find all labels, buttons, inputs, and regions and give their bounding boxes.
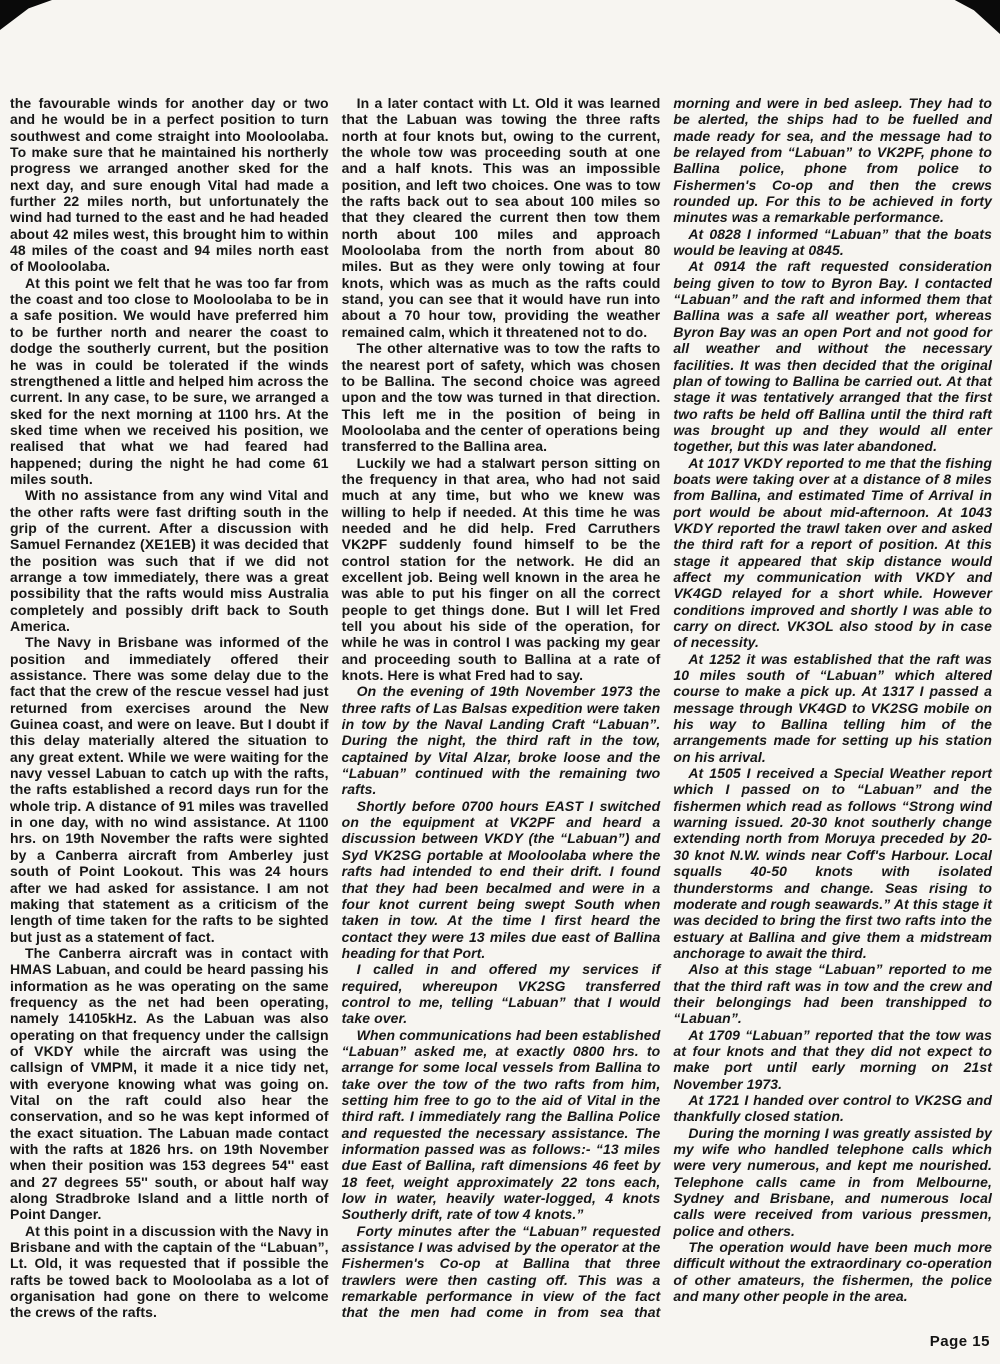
paragraph: Luckily we had a stalwart person sitting…: [342, 455, 661, 684]
paragraph: During the morning I was greatly assiste…: [673, 1125, 992, 1239]
paragraph: At 1505 I received a Special Weather rep…: [673, 765, 992, 961]
column-2: In a later contact with Lt. Old it was l…: [342, 95, 661, 1321]
scan-artifact-top-right: [942, 0, 1000, 34]
paragraph: At 1721 I handed over control to VK2SG a…: [673, 1092, 992, 1125]
paragraph: At 1709 “Labuan” reported that the tow w…: [673, 1027, 992, 1092]
scanned-magazine-page: the favourable winds for another day or …: [0, 0, 1000, 1364]
paragraph: In a later contact with Lt. Old it was l…: [342, 95, 661, 340]
paragraph: Also at this stage “Labuan” reported to …: [673, 961, 992, 1026]
paragraph: At this point in a discussion with the N…: [10, 1223, 329, 1321]
paragraph: The operation would have been much more …: [673, 1239, 992, 1304]
paragraph: At this point we felt that he was too fa…: [10, 275, 329, 487]
paragraph: With no assistance from any wind Vital a…: [10, 487, 329, 634]
paragraph: When communications had been established…: [342, 1027, 661, 1223]
columns: the favourable winds for another day or …: [10, 95, 992, 1321]
column-1: the favourable winds for another day or …: [10, 95, 329, 1321]
paragraph: Shortly before 0700 hours EAST I switche…: [342, 798, 661, 961]
paragraph: At 0828 I informed “Labuan” that the boa…: [673, 226, 992, 259]
paragraph: At 1017 VKDY reported to me that the fis…: [673, 455, 992, 651]
scan-artifact-top-left: [0, 0, 52, 30]
paragraph: The Navy in Brisbane was informed of the…: [10, 634, 329, 945]
paragraph: the favourable winds for another day or …: [10, 95, 329, 275]
paragraph: Forty minutes after the “Labuan” request…: [342, 1223, 661, 1321]
paragraph: I called in and offered my services if r…: [342, 961, 661, 1026]
page-number: Page 15: [930, 1333, 990, 1350]
paragraph: The Canberra aircraft was in contact wit…: [10, 945, 329, 1223]
column-3: morning and were in bed asleep. They had…: [673, 95, 992, 1321]
paragraph: At 1252 it was established that the raft…: [673, 651, 992, 765]
paragraph: morning and were in bed asleep. They had…: [673, 95, 992, 226]
paragraph: The other alternative was to tow the raf…: [342, 340, 661, 454]
paragraph: On the evening of 19th November 1973 the…: [342, 683, 661, 797]
paragraph: At 0914 the raft requested consideration…: [673, 258, 992, 454]
